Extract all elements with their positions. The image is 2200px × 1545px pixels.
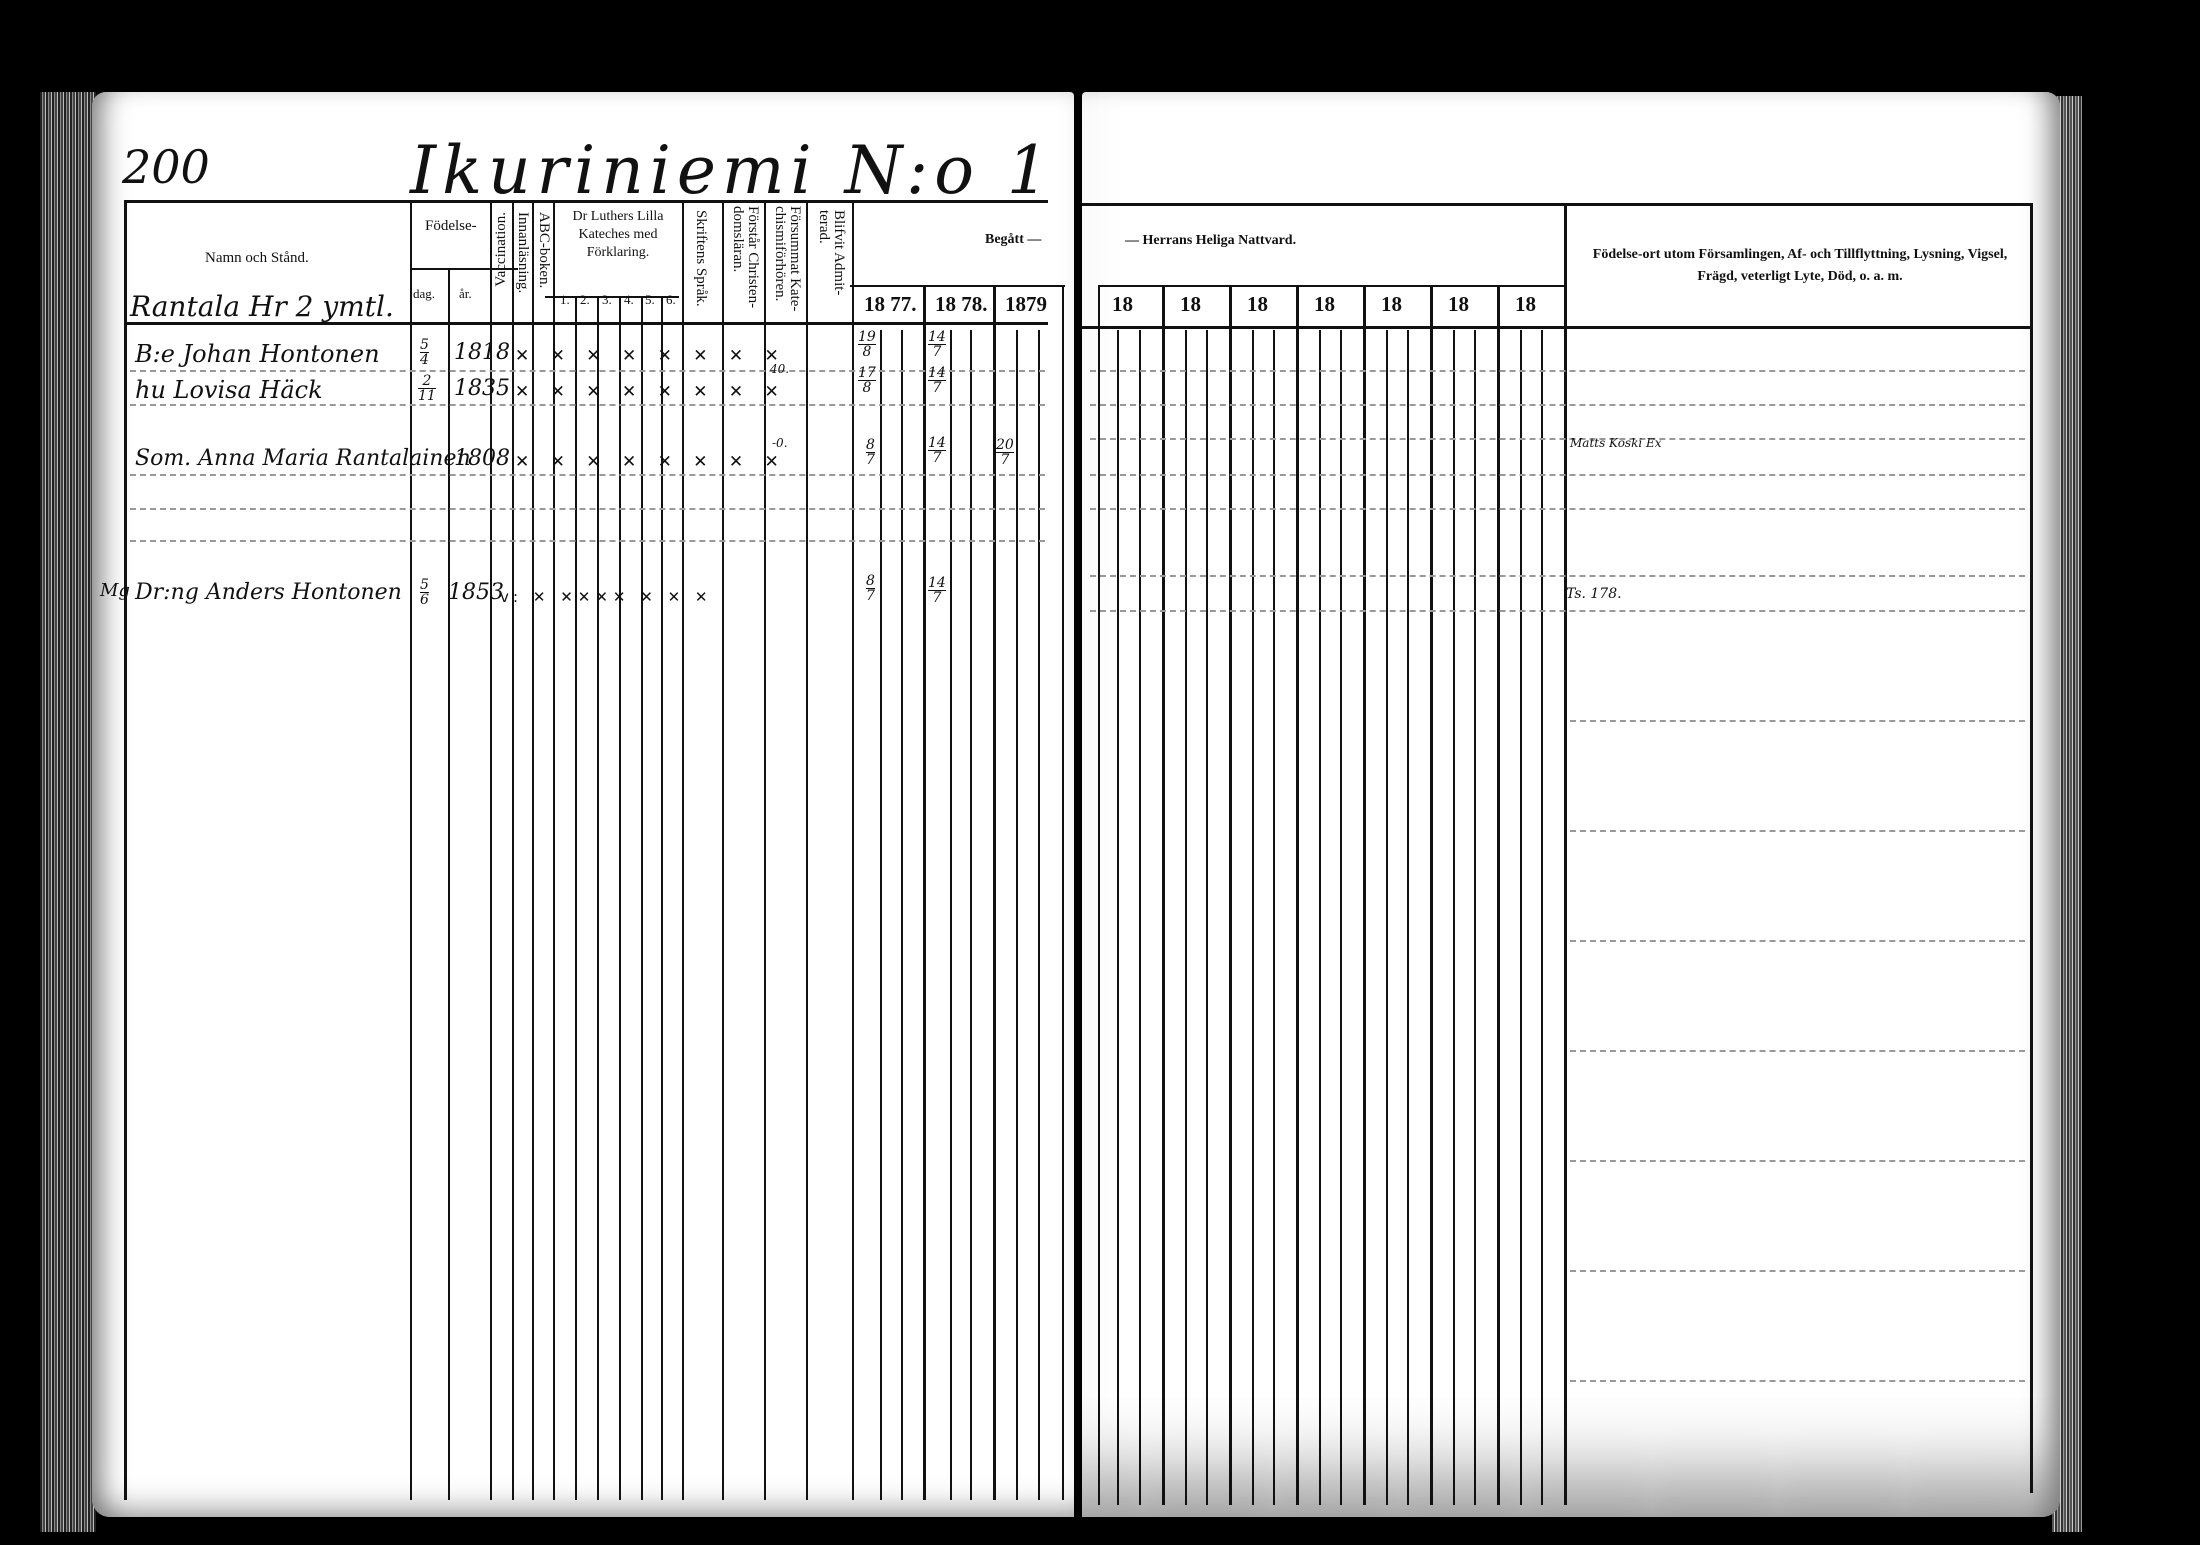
entry-birth-year: 1835 <box>454 376 510 401</box>
col-line <box>597 296 599 1500</box>
year-header-7: 18 <box>1314 292 1335 317</box>
col-line <box>852 200 854 1500</box>
header-vaccination: Vaccination. <box>494 212 509 287</box>
col-line <box>901 330 903 1500</box>
year-header-8: 18 <box>1381 292 1402 317</box>
row-line <box>1090 438 2025 440</box>
col-line <box>1386 330 1388 1505</box>
header-name-and-status: Namn och Stånd. <box>205 250 309 267</box>
header-luther-catechism: Dr Luthers Lilla Kateches med Förklaring… <box>556 208 680 262</box>
entry-communion-1877: 87 <box>866 574 875 603</box>
col-line <box>1319 330 1321 1505</box>
year-header-9: 18 <box>1448 292 1469 317</box>
year-header-5: 18 <box>1180 292 1201 317</box>
row-line <box>1090 575 2025 577</box>
year-header-1: 18 77. <box>864 292 917 317</box>
header-understands-doctrine: Förstår Christen-domsläran. <box>730 206 760 316</box>
header-missed-catechism: Försummat Kate-chismiförhören. <box>772 206 802 316</box>
header-luther-6: 6. <box>666 292 676 308</box>
col-line <box>1363 285 1366 1505</box>
table-top-border-left <box>124 200 1048 203</box>
remarks-left-border <box>1564 203 1567 1505</box>
row-line <box>130 404 1045 406</box>
page-number: 200 <box>122 140 210 194</box>
entry-remarks: Matts Koski Ex <box>1570 436 1662 450</box>
year-header-4: 18 <box>1112 292 1133 317</box>
col-line <box>1273 330 1275 1505</box>
col-line <box>993 285 996 1500</box>
col-line <box>1098 285 1100 1505</box>
header-partaken: Begått — <box>985 232 1041 248</box>
years-header-line-left <box>850 285 1065 287</box>
row-line <box>1090 610 2025 612</box>
col-line <box>880 330 882 1500</box>
col-line <box>1139 330 1141 1505</box>
col-line <box>1407 330 1409 1505</box>
col-line <box>970 330 972 1500</box>
entry-communion-1877: 198 <box>858 330 876 359</box>
header-bottom-right <box>1082 326 2032 329</box>
row-line <box>1090 508 2025 510</box>
entry-marks: ✕ ✕ ✕ ✕ ✕ ✕ ✕ ✕ <box>515 346 787 366</box>
book-gutter <box>1076 92 1081 1532</box>
margin-note: Mg <box>100 580 130 601</box>
table-top-border-right <box>1082 203 2032 206</box>
col-line <box>1453 330 1455 1505</box>
entry-missed-note: 40. <box>770 362 789 376</box>
col-line <box>1062 285 1064 1500</box>
col-line <box>1520 330 1522 1505</box>
col-line <box>806 200 808 1500</box>
year-header-2: 18 78. <box>935 292 988 317</box>
header-admitted: Blifvit Admit-terad. <box>816 210 846 310</box>
col-line <box>661 296 663 1500</box>
row-line <box>1090 404 2025 406</box>
header-luther-3: 3. <box>602 292 612 308</box>
header-scripture-language: Skriftens Språk. <box>693 210 708 307</box>
years-header-line-right <box>1098 285 1564 287</box>
row-line <box>1090 474 2025 476</box>
row-line <box>1570 1050 2025 1052</box>
table-left-border <box>124 200 127 1500</box>
entry-name: Som. Anna Maria Rantalainen <box>135 446 471 471</box>
col-line <box>1497 285 1500 1505</box>
col-line <box>950 330 952 1500</box>
year-header-10: 18 <box>1515 292 1536 317</box>
col-line <box>1206 330 1208 1505</box>
year-header-6: 18 <box>1247 292 1268 317</box>
header-remarks: Födelse-ort utom Församlingen, Af- och T… <box>1580 244 2020 288</box>
col-line <box>1016 330 1018 1500</box>
header-abc-book: ABC-boken. <box>536 212 551 288</box>
entry-name: Dr:ng Anders Hontonen <box>135 580 402 605</box>
col-line <box>923 285 926 1500</box>
entry-communion-1879: 207 <box>996 438 1014 467</box>
col-line <box>1430 285 1433 1505</box>
header-luther-1: 1. <box>560 292 570 308</box>
entry-birth-day: 56 <box>420 578 429 607</box>
row-line <box>130 540 1045 542</box>
table-right-border <box>2030 203 2033 1493</box>
header-luther-5: 5. <box>645 292 655 308</box>
entry-communion-1877: 178 <box>858 366 876 395</box>
header-birth-year: år. <box>459 286 472 302</box>
col-line <box>1162 285 1165 1505</box>
row-line <box>1570 1380 2025 1382</box>
col-line <box>1340 330 1342 1505</box>
row-line <box>1570 720 2025 722</box>
row-line <box>130 370 1045 372</box>
row-line <box>1570 1270 2025 1272</box>
row-line <box>130 508 1045 510</box>
col-line <box>641 296 643 1500</box>
col-line <box>1541 330 1543 1505</box>
entry-birth-year: 1818 <box>454 340 510 365</box>
row-line <box>1570 1160 2025 1162</box>
year-header-3: 1879 <box>1005 292 1047 317</box>
row-line <box>130 474 1045 476</box>
header-innanlasning: Innanläsning. <box>515 212 530 293</box>
header-birth-day: dag. <box>413 286 435 302</box>
village-title: Ikuriniemi N:o 1 <box>410 132 1055 209</box>
row-line <box>1570 830 2025 832</box>
entry-communion-1877: 87 <box>866 438 875 467</box>
col-line <box>575 296 577 1500</box>
header-luther-4: 4. <box>624 292 634 308</box>
entry-missed-note: -0. <box>772 436 788 450</box>
entry-marks: v: ✕ ✕✕✕✕ ✕ ✕ ✕ <box>500 588 713 606</box>
col-line <box>512 200 514 1500</box>
col-line <box>1474 330 1476 1505</box>
col-line <box>1296 285 1299 1505</box>
entry-birth-year: 1853 <box>448 580 504 605</box>
header-birth: Födelse- <box>425 218 477 235</box>
entry-communion-1878: 147 <box>928 436 946 465</box>
col-line <box>1117 330 1119 1505</box>
col-line <box>1038 330 1040 1500</box>
entry-remarks: Ts. 178. <box>1566 586 1622 602</box>
row-line <box>1090 370 2025 372</box>
row-line <box>1570 940 2025 942</box>
entry-birth-year: 1808 <box>454 446 510 471</box>
col-line <box>1252 330 1254 1505</box>
entry-communion-1878: 147 <box>928 366 946 395</box>
farm-name: Rantala Hr 2 ymtl. <box>130 290 394 323</box>
entry-marks: ✕ ✕ ✕ ✕ ✕ ✕ ✕ ✕ <box>515 452 787 472</box>
header-holy-communion: — Herrans Heliga Nattvard. <box>1125 233 1296 249</box>
entry-name: hu Lovisa Häck <box>135 376 323 404</box>
entry-communion-1878: 147 <box>928 330 946 359</box>
header-luther-2: 2. <box>580 292 590 308</box>
entry-birth-day: 211 <box>418 374 436 403</box>
entry-marks: ✕ ✕ ✕ ✕ ✕ ✕ ✕ ✕ <box>515 382 787 402</box>
entry-birth-day: 54 <box>420 338 429 367</box>
entry-communion-1878: 147 <box>928 576 946 605</box>
col-line <box>1229 285 1232 1505</box>
entry-name: B:e Johan Hontonen <box>135 340 380 368</box>
col-line <box>1185 330 1187 1505</box>
col-line <box>619 296 621 1500</box>
book-edge-left <box>40 92 96 1532</box>
col-line <box>410 200 412 1500</box>
